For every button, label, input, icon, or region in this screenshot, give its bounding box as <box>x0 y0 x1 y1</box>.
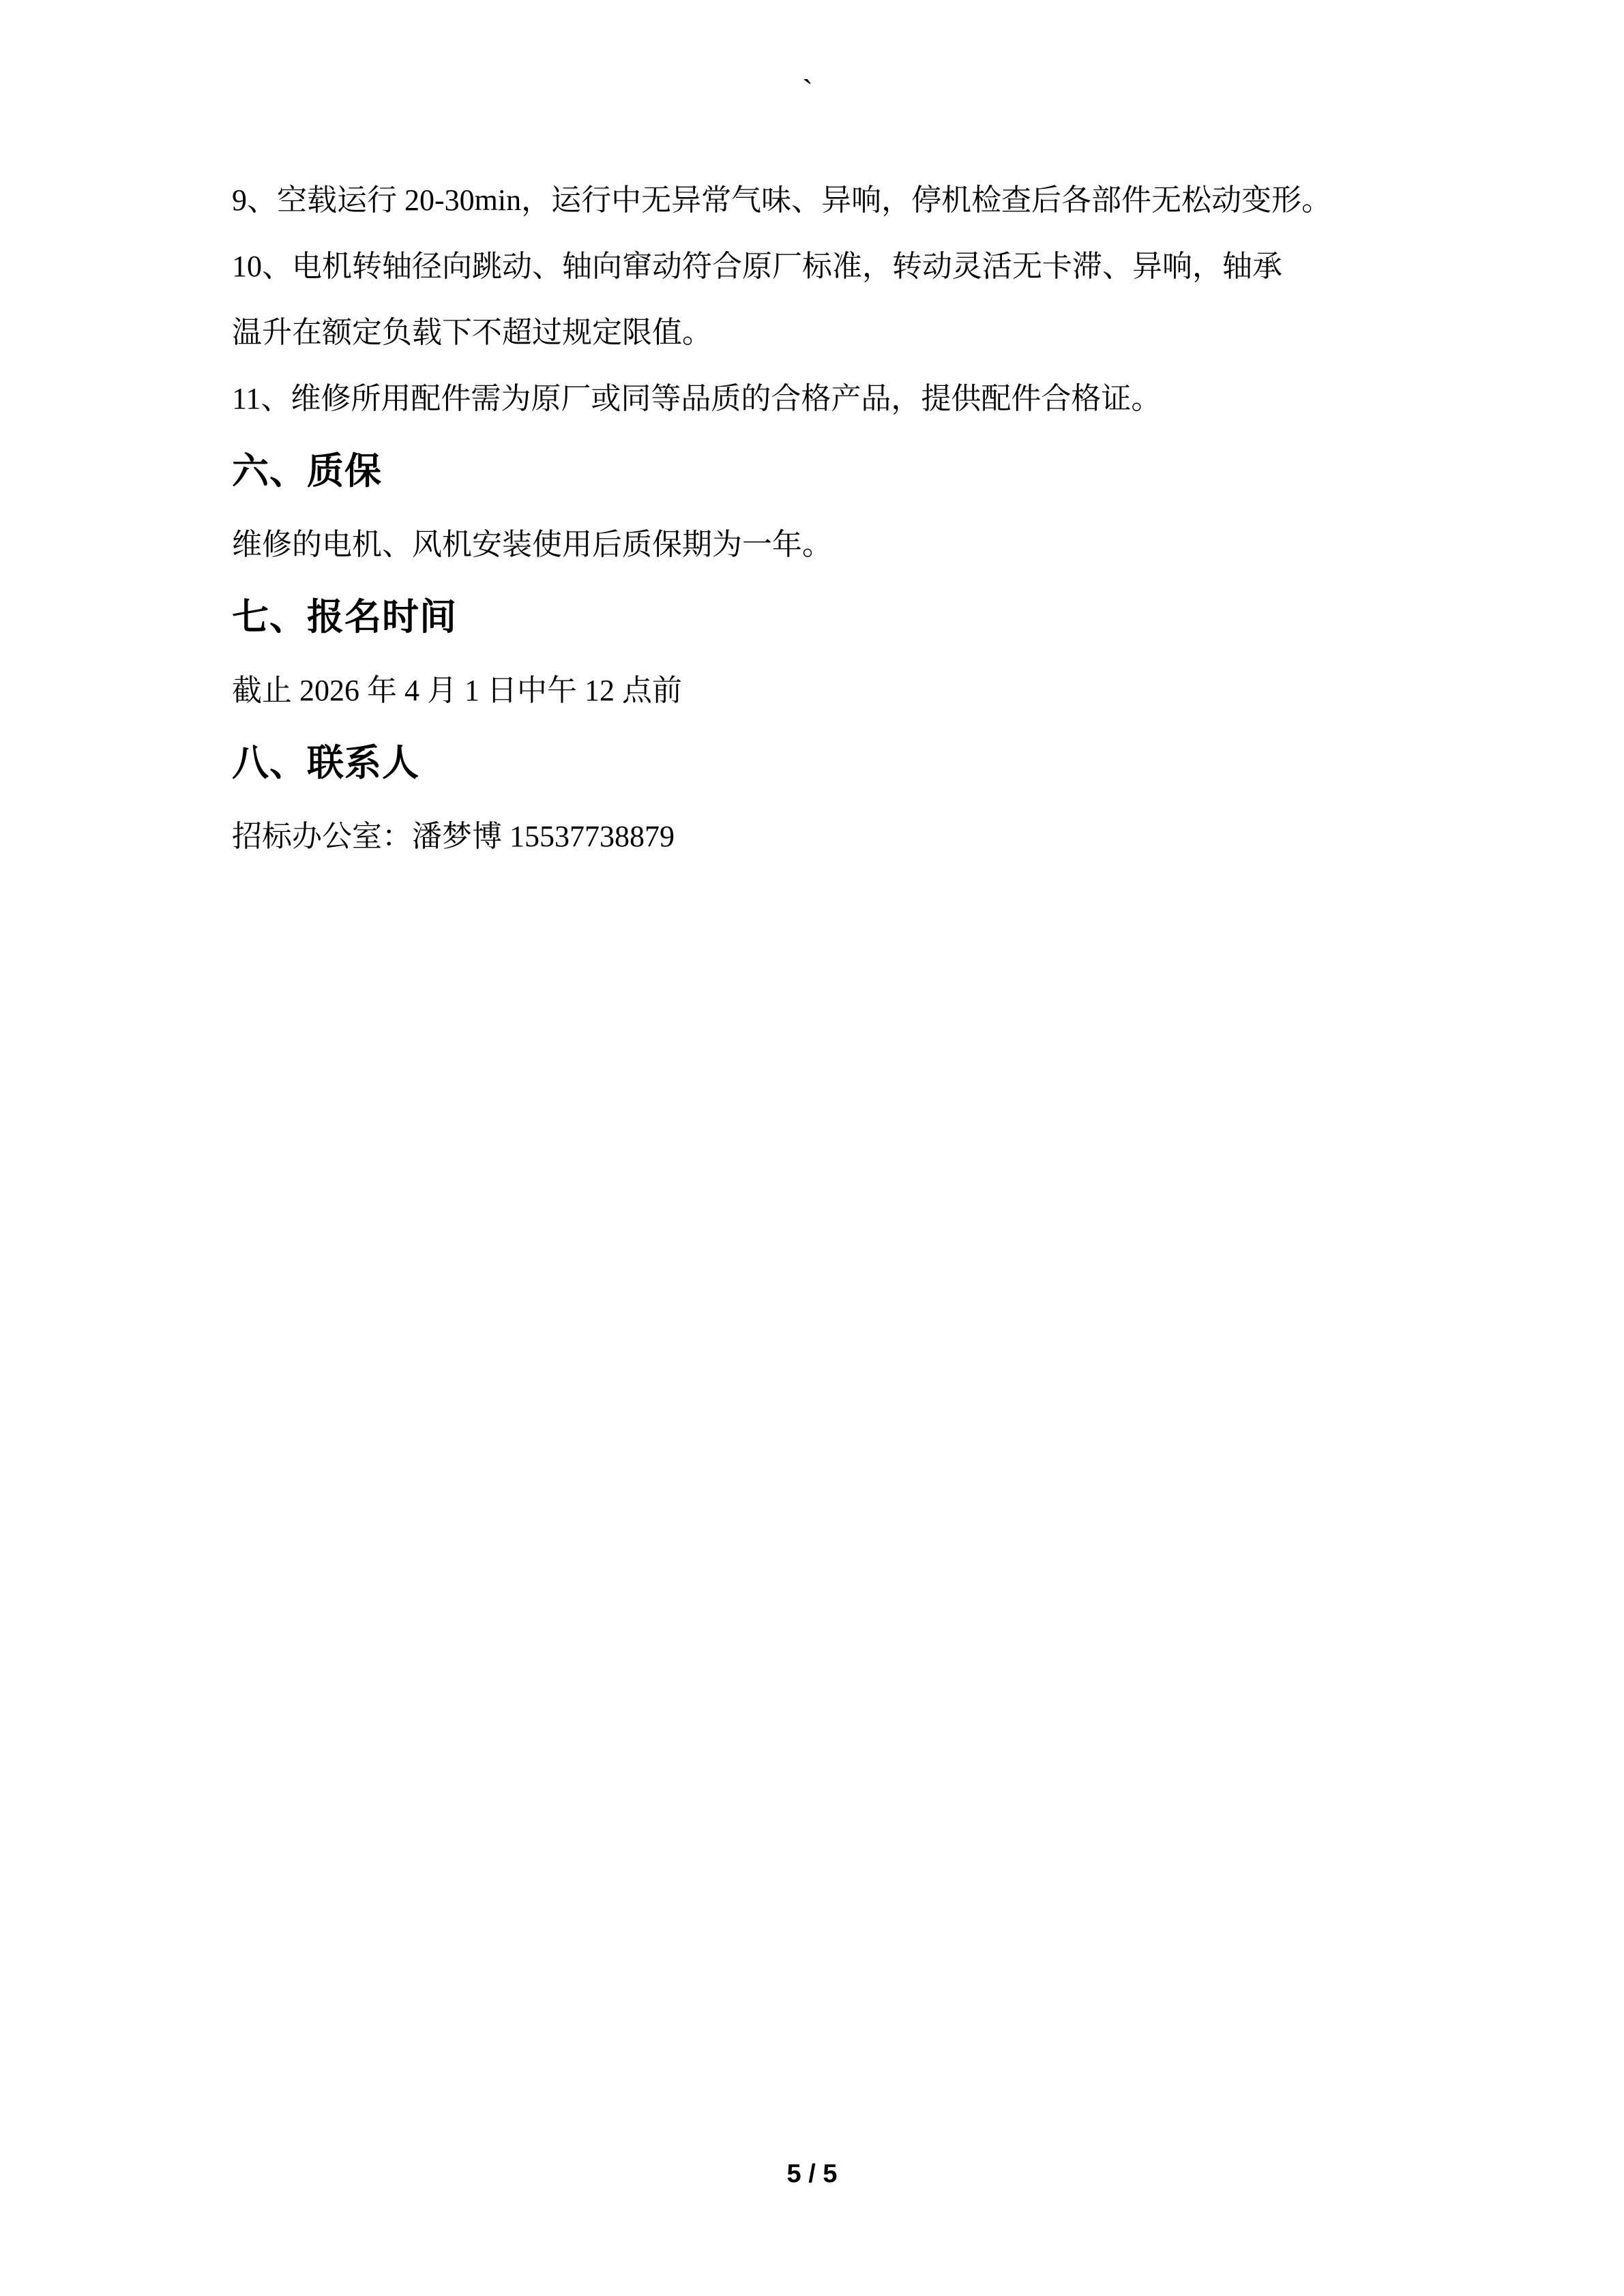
paragraph-item-9: 9、空载运行 20-30min，运行中无异常气味、异响，停机检查后各部件无松动变… <box>232 167 1391 233</box>
paragraph-item-10-line-2: 温升在额定负载下不超过规定限值。 <box>232 299 1391 366</box>
section-heading-6-warranty: 六、质保 <box>232 438 1391 505</box>
section-heading-8-contact: 八、联系人 <box>232 730 1391 796</box>
section-7-body: 截止 2026 年 4 月 1 日中午 12 点前 <box>232 657 1391 724</box>
paragraph-item-11: 11、维修所用配件需为原厂或同等品质的合格产品，提供配件合格证。 <box>232 366 1391 432</box>
document-page: ` 9、空载运行 20-30min，运行中无异常气味、异响，停机检查后各部件无松… <box>0 0 1624 2296</box>
page-number: 5 / 5 <box>0 2160 1624 2188</box>
section-8-body: 招标办公室：潘梦博 15537738879 <box>232 803 1391 869</box>
paragraph-item-10: 10、电机转轴径向跳动、轴向窜动符合原厂标准，转动灵活无卡滞、异响，轴承 温升在… <box>232 233 1391 366</box>
paragraph-item-10-line-1: 10、电机转轴径向跳动、轴向窜动符合原厂标准，转动灵活无卡滞、异响，轴承 <box>232 233 1391 299</box>
section-heading-7-registration-time: 七、报名时间 <box>232 584 1391 651</box>
section-6-body: 维修的电机、风机安装使用后质保期为一年。 <box>232 511 1391 578</box>
document-content: 9、空载运行 20-30min，运行中无异常气味、异响，停机检查后各部件无松动变… <box>232 167 1391 869</box>
stray-backtick-mark: ` <box>802 75 813 108</box>
